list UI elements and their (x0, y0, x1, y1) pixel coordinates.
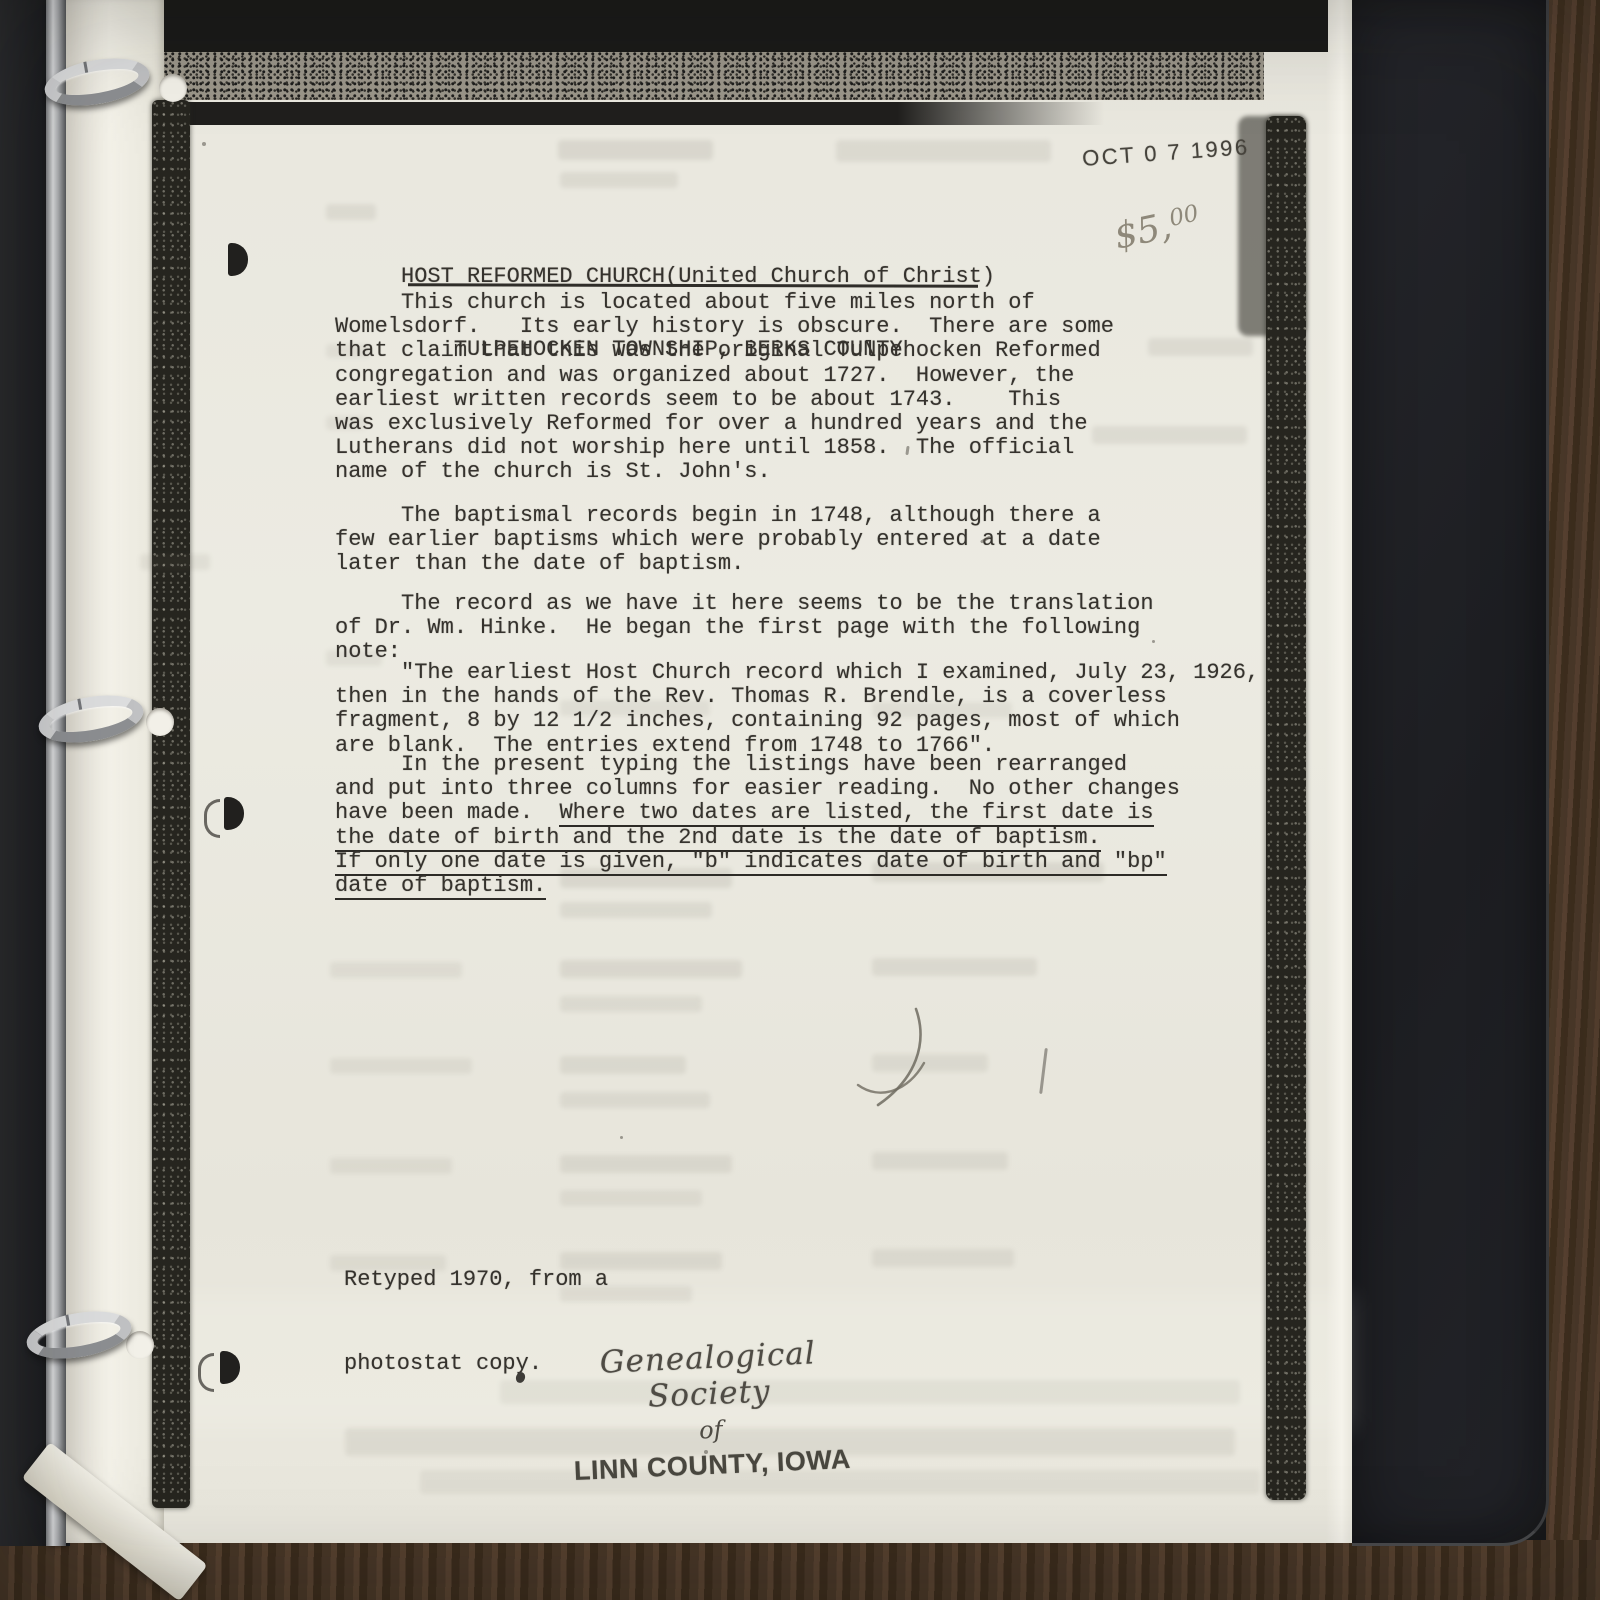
ghost-text-row (872, 1152, 1008, 1170)
underlined-text: If only one date is given, "b" indicates… (335, 849, 1167, 876)
underlined-text: date of baptism. (335, 873, 546, 900)
ghost-text-row (330, 962, 462, 978)
photocopy-toner-left-band (152, 100, 190, 1508)
ghost-text-row (560, 172, 678, 188)
photocopy-toner-top-band (164, 0, 1328, 52)
binder-spine-bar (46, 0, 66, 1546)
price-cents: 00 (1167, 200, 1201, 232)
ghost-text-row (560, 1155, 732, 1173)
ghost-text-row (560, 1092, 710, 1108)
underlined-text: the date of birth and the 2nd date is th… (335, 825, 1101, 852)
ghost-text-row (560, 1190, 702, 1206)
underlined-text: Where two dates are listed, the first da… (559, 800, 1153, 827)
ghost-text-row (560, 1056, 686, 1074)
ring-seam (65, 1315, 70, 1326)
ghost-text-row (560, 960, 742, 978)
genealogical-society-stamp: Genealogical Society of LINN COUNTY, IOW… (542, 1333, 878, 1488)
ghost-text-row (558, 140, 713, 160)
speck-mark (202, 142, 206, 146)
punch-hole-middle (146, 708, 174, 736)
ghost-text-row (836, 140, 1051, 162)
photocopy-toner-bar (164, 102, 1104, 125)
ring-seam (83, 62, 88, 73)
society-stamp-line-1: Genealogical Society (542, 1333, 875, 1419)
speck-mark (704, 1450, 708, 1454)
page-right-edge (1326, 0, 1352, 1543)
wood-table-right (1546, 0, 1600, 1600)
speck-mark (1152, 640, 1155, 643)
wood-table-bottom (0, 1540, 1600, 1600)
ghost-text-row (1092, 426, 1247, 444)
ghost-text-row (560, 902, 712, 918)
ghost-text-row (872, 1249, 1014, 1267)
pen-squiggle-mark (852, 1005, 942, 1125)
ghost-text-row (140, 554, 210, 570)
ghost-text-row (560, 996, 702, 1012)
ring-seam (77, 699, 82, 710)
paragraph-5: In the present typing the listings have … (335, 753, 1180, 898)
paragraph-4: "The earliest Host Church record which I… (335, 661, 1259, 758)
binder-cover-right (1352, 0, 1549, 1546)
ghost-text-row (330, 1158, 452, 1174)
photo-scene: OCT 0 7 1996 $5,00 HOST REFORMED CHURCH(… (0, 0, 1600, 1600)
paragraph-1: This church is located about five miles … (335, 291, 1114, 485)
punch-hole-bottom (126, 1331, 154, 1359)
paragraph-3: The record as we have it here seems to b… (335, 592, 1154, 665)
retyped-line-1: Retyped 1970, from a (344, 1266, 608, 1294)
photocopy-speckle-band (164, 52, 1264, 100)
speck-mark (620, 1136, 623, 1139)
ghost-text-row (1148, 338, 1253, 356)
punch-hole-top (159, 74, 187, 102)
ghost-text-row (330, 1058, 472, 1074)
photocopy-toner-right-band (1266, 116, 1306, 1500)
ghost-text-row (872, 958, 1037, 976)
